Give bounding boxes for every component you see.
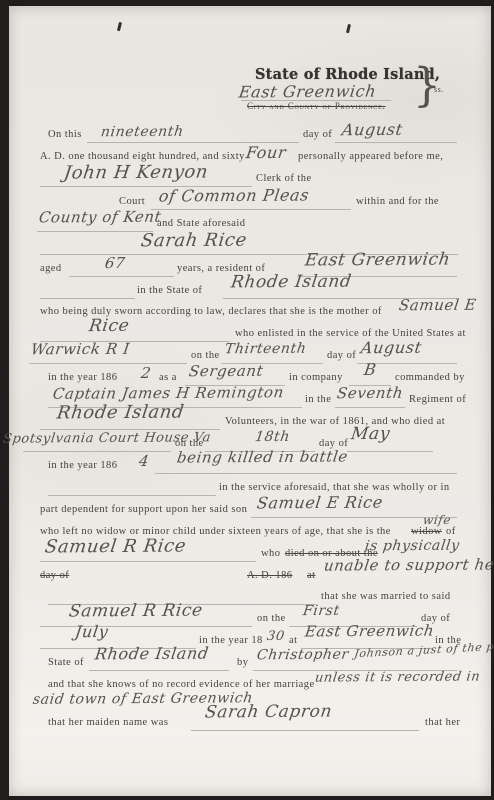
enlist-year-digit-handwritten: 2	[140, 366, 152, 381]
ink-mark	[346, 24, 351, 33]
printed-day-of-2: day of	[327, 351, 356, 362]
blank-line	[40, 298, 135, 299]
printed-married-to-said: that she was married to said	[321, 592, 451, 603]
state-handwritten: Rhode Island	[230, 274, 353, 292]
printed-in-year-186: in the year 186	[48, 373, 117, 384]
printed-court: Court	[119, 197, 145, 208]
printed-in-year-186-b: in the year 186	[48, 461, 117, 472]
marriage-place-handwritten: East Greenwich	[304, 624, 435, 640]
printed-in-state-of: in the State of	[137, 286, 202, 297]
regiment-state-handwritten: Rhode Island	[56, 404, 186, 423]
blank-line	[335, 142, 457, 143]
printed-maiden-name-was: that her maiden name was	[48, 718, 168, 729]
death-year-digit-handwritten: 4	[138, 454, 150, 469]
captain-name-handwritten: Captain James H Remington	[52, 385, 285, 402]
record-note-handwritten: unless it is recorded in	[314, 670, 481, 684]
printed-of: of	[446, 527, 456, 538]
son-firstname-handwritten: Samuel E	[398, 298, 477, 314]
printed-on-the-4: on the	[257, 614, 286, 625]
printed-in-company: in company	[289, 373, 343, 384]
printed-state-aforesaid: and State aforesaid	[157, 219, 245, 230]
printed-who: who	[261, 549, 280, 560]
blank-line	[40, 626, 252, 627]
marriage-state-handwritten: Rhode Island	[94, 646, 210, 663]
printed-within-for: within and for the	[356, 197, 439, 208]
printed-commanded-by: commanded by	[395, 373, 465, 384]
county-handwritten: County of Kent	[38, 210, 162, 226]
blank-line	[347, 451, 433, 452]
struck-county-caption: City and County of Providence.	[247, 102, 386, 111]
printed-clerk-of: Clerk of the	[256, 174, 312, 185]
printed-enlisted: who enlisted in the service of the Unite…	[235, 329, 466, 340]
printed-day-of: day of	[303, 130, 332, 141]
blank-line	[151, 209, 351, 210]
printed-as-a: as a	[159, 373, 177, 384]
printed-aged: aged	[40, 264, 62, 275]
printed-appeared: personally appeared before me,	[298, 152, 443, 163]
clerk-name-handwritten: John H Kenyon	[63, 163, 210, 182]
court-name-handwritten: of Common Pleas	[158, 187, 310, 204]
unable-support-handwritten: unable to support her	[323, 557, 494, 573]
blank-line	[335, 407, 405, 408]
printed-state-of-2: State of	[48, 658, 84, 669]
blank-line	[69, 276, 174, 277]
struck-ad-186: A. D. 186	[247, 571, 292, 582]
death-cause-handwritten: being killed in battle	[176, 449, 349, 465]
marriage-month-handwritten: July	[74, 624, 109, 640]
maiden-name-handwritten: Sarah Capron	[204, 704, 333, 722]
blank-line	[89, 670, 229, 671]
struck-at: at	[307, 571, 315, 582]
blank-line	[29, 363, 187, 364]
blank-line	[241, 100, 391, 101]
blank-line	[40, 561, 256, 562]
enlist-place-handwritten: Warwick R I	[30, 342, 131, 358]
printed-ad-year: A. D. one thousand eight hundred, and si…	[40, 152, 245, 163]
dependent-son-handwritten: Samuel E Rice	[256, 495, 384, 512]
husband-name-2-handwritten: Samuel R Rice	[68, 603, 204, 621]
document-page: State of Rhode Island, } ss. East Greenw…	[9, 6, 491, 796]
blank-line	[191, 730, 419, 731]
age-handwritten: 67	[104, 256, 126, 271]
son-surname-handwritten: Rice	[88, 318, 131, 335]
claimant-name-handwritten: Sarah Rice	[140, 232, 248, 251]
printed-on-the: on the	[191, 351, 220, 362]
printed-dependent: part dependent for support upon her said…	[40, 505, 247, 516]
sworn-month-handwritten: August	[341, 122, 404, 138]
ink-mark	[117, 22, 122, 31]
printed-no-record-evidence: and that she knows of no record evidence…	[48, 680, 315, 691]
venue-place-handwritten: East Greenwich	[238, 84, 377, 101]
wife-correction-handwritten: wife	[422, 514, 452, 526]
printed-volunteers-died-at: Volunteers, in the war of 1861, and who …	[225, 417, 445, 428]
printed-that-her: that her	[425, 718, 460, 729]
company-letter-handwritten: B	[363, 362, 378, 378]
ss-label: ss.	[434, 86, 444, 94]
blank-line	[37, 231, 153, 232]
residence-handwritten: East Greenwich	[304, 251, 452, 269]
officiant-firstname-handwritten: Christopher	[256, 648, 350, 663]
sworn-day-handwritten: nineteenth	[100, 125, 185, 140]
enlist-month-handwritten: August	[360, 340, 423, 356]
blank-line	[48, 495, 216, 496]
rank-handwritten: Sergeant	[188, 364, 264, 380]
regiment-number-handwritten: Seventh	[336, 386, 404, 401]
marriage-year-handwritten: 30	[266, 630, 286, 643]
printed-regiment-of: Regiment of	[409, 395, 466, 406]
printed-by: by	[237, 658, 248, 669]
physically-handwritten: is physically	[364, 539, 460, 554]
struck-widow: widow	[411, 527, 442, 538]
officiant-title-handwritten: Johnson a just of the peace	[354, 640, 494, 660]
struck-day-of: day of	[40, 571, 69, 582]
husband-name-handwritten: Samuel R Rice	[44, 538, 188, 557]
marriage-day-handwritten: First	[302, 604, 341, 618]
printed-on-this: On this	[48, 130, 82, 141]
sworn-year-handwritten: Four	[245, 145, 287, 161]
printed-at: at	[289, 636, 297, 647]
death-day-handwritten: 18th	[254, 430, 291, 444]
death-month-handwritten: May	[350, 426, 391, 443]
enlist-day-handwritten: Thirteenth	[224, 342, 307, 357]
blank-line	[155, 473, 457, 474]
printed-in-the: in the	[305, 395, 331, 406]
